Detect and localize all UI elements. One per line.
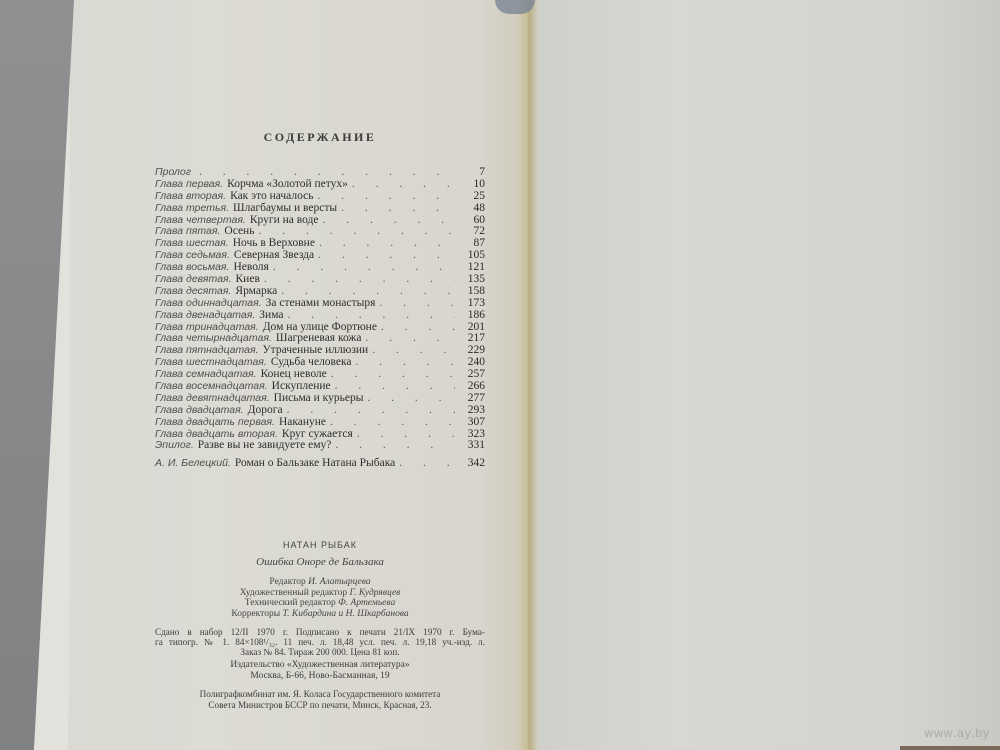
credit-name: Т. Кибардина и Н. Шкарбанова (282, 609, 408, 619)
credit-line: Художественный редактор Г. Кудрявцев (155, 588, 485, 599)
toc-entry-prefix: А. И. Белецкий. (155, 458, 231, 470)
credit-name: И. Алатырцева (308, 577, 370, 587)
toc-entry: Глава двадцатая.Дорога. . . . . . . . . … (155, 405, 485, 417)
toc-leader-dots: . . . . . . . . . . . . . . . . . . . . … (365, 333, 455, 345)
print-line: Сдано в набор 12/II 1970 г. Подписано к … (155, 627, 485, 637)
toc-entry: Глава десятая.Ярмарка. . . . . . . . . .… (155, 286, 485, 298)
imprint-author: НАТАН РЫБАК (155, 540, 485, 550)
imprint-printing-plant: Полиграфкомбинат им. Я. Коласа Государст… (155, 689, 485, 710)
toc-leader-dots: . . . . . . . . . . . . . . . . . . . . … (341, 203, 455, 215)
plant-line: Полиграфкомбинат им. Я. Коласа Государст… (155, 689, 485, 700)
credit-role: Художественный редактор (240, 588, 347, 598)
toc-entry-title: Разве вы не завидуете ему? (198, 440, 332, 452)
print-line: га типогр. № 1. 84×108¹/₃₂. 11 печ. л. 1… (155, 637, 485, 647)
toc-leader-dots: . . . . . . . . . . . . . . . . . . . . … (372, 345, 455, 357)
toc-leader-dots: . . . . . . . . . . . . . . . . . . . . … (399, 458, 455, 470)
credit-name: Г. Кудрявцев (349, 588, 400, 598)
imprint-credits: Редактор И. АлатырцеваХудожественный ред… (155, 577, 485, 619)
bottom-edge (900, 746, 1000, 750)
toc-leader-dots: . . . . . . . . . . . . . . . . . . . . … (318, 191, 456, 203)
credit-line: Технический редактор Ф. Артемьева (155, 598, 485, 609)
toc-leader-dots: . . . . . . . . . . . . . . . . . . . . … (381, 322, 455, 334)
toc-entry-prefix: Глава двенадцатая. (155, 310, 255, 322)
toc-entry-page: 186 (459, 310, 485, 322)
toc-leader-dots: . . . . . . . . . . . . . . . . . . . . … (356, 357, 455, 369)
toc-leader-dots: . . . . . . . . . . . . . . . . . . . . … (357, 429, 455, 441)
toc-entry-title: Шлагбаумы и версты (233, 203, 337, 215)
toc-entry: Глава одиннадцатая.За стенами монастыря.… (155, 298, 485, 310)
toc-entry: А. И. Белецкий.Роман о Бальзаке Натана Р… (155, 458, 485, 470)
toc-leader-dots: . . . . . . . . . . . . . . . . . . . . … (322, 215, 455, 227)
toc-entry: Глава третья.Шлагбаумы и версты. . . . .… (155, 203, 485, 215)
toc-leader-dots: . . . . . . . . . . . . . . . . . . . . … (288, 310, 455, 322)
credit-line: Редактор И. Алатырцева (155, 577, 485, 588)
right-page-blank (538, 0, 1000, 750)
toc-entry-page: 48 (459, 203, 485, 215)
toc-entry-title: Как это началось (230, 191, 313, 203)
toc-entry-page: 10 (459, 179, 485, 191)
toc-entry-prefix: Глава первая. (155, 179, 223, 191)
toc-leader-dots: . . . . . . . . . . . . . . . . . . . . … (331, 369, 455, 381)
toc-entry-page: 342 (459, 458, 485, 470)
toc-entry: Глава двадцать первая.Накануне. . . . . … (155, 417, 485, 429)
toc-entry-title: Накануне (279, 417, 326, 429)
watermark: www.ay.by (925, 726, 990, 740)
imprint-book-title: Ошибка Оноре де Бальзака (155, 556, 485, 568)
toc-leader-dots: . . . . . . . . . . . . . . . . . . . . … (330, 417, 455, 429)
publisher-address: Москва, Б-66, Ново-Басманная, 19 (155, 671, 485, 682)
plant-line: Совета Министров БССР по печати, Минск, … (155, 700, 485, 711)
print-line: Заказ № 84. Тираж 200 000. Цена 81 коп. (155, 647, 485, 657)
toc-entry: Эпилог.Разве вы не завидуете ему?. . . .… (155, 440, 485, 452)
toc-entry-title: Круги на воде (250, 215, 319, 227)
toc-entry-prefix: Глава третья. (155, 203, 229, 215)
toc-entry-page: 307 (459, 417, 485, 429)
book-gutter (518, 0, 538, 750)
credit-role: Редактор (269, 577, 305, 587)
toc-entry-title: Дорога (248, 405, 283, 417)
imprint: НАТАН РЫБАК Ошибка Оноре де Бальзака Ред… (155, 540, 485, 710)
toc-leader-dots: . . . . . . . . . . . . . . . . . . . . … (287, 405, 455, 417)
toc-entry-prefix: Глава двадцать первая. (155, 417, 275, 429)
toc-entry-page: 293 (459, 405, 485, 417)
imprint-publisher: Издательство «Художественная литература»… (155, 660, 485, 681)
toc-entry-title: Роман о Бальзаке Натана Рыбака (235, 458, 395, 470)
toc-leader-dots: . . . . . . . . . . . . . . . . . . . . … (352, 179, 455, 191)
toc-entry-prefix: Глава одиннадцатая. (155, 298, 262, 310)
toc-entry-title: Письма и курьеры (274, 393, 364, 405)
toc-entry: Глава первая.Корчма «Золотой петух». . .… (155, 179, 485, 191)
toc-leader-dots: . . . . . . . . . . . . . . . . . . . . … (264, 274, 455, 286)
toc-entry: Глава двенадцатая.Зима. . . . . . . . . … (155, 310, 485, 322)
toc-entry-prefix: Глава вторая. (155, 191, 226, 203)
toc-entry-page: 25 (459, 191, 485, 203)
publisher-name: Издательство «Художественная литература» (155, 660, 485, 671)
toc-entry-title: За стенами монастыря (266, 298, 376, 310)
toc-leader-dots: . . . . . . . . . . . . . . . . . . . . … (273, 262, 455, 274)
toc-entry-page: 331 (459, 440, 485, 452)
toc-leader-dots: . . . . . . . . . . . . . . . . . . . . … (367, 393, 455, 405)
toc-entry-page: 173 (459, 298, 485, 310)
credit-role: Корректоры (231, 609, 280, 619)
toc-entry-title: Корчма «Золотой петух» (227, 179, 348, 191)
credit-line: Корректоры Т. Кибардина и Н. Шкарбанова (155, 609, 485, 620)
credit-role: Технический редактор (245, 598, 336, 608)
toc-leader-dots: . . . . . . . . . . . . . . . . . . . . … (335, 440, 455, 452)
toc-entry-prefix: Глава двадцатая. (155, 405, 244, 417)
table-of-contents: Пролог. . . . . . . . . . . . . . . . . … (155, 167, 485, 470)
toc-leader-dots: . . . . . . . . . . . . . . . . . . . . … (318, 250, 455, 262)
credit-name: Ф. Артемьева (338, 598, 395, 608)
imprint-print-details: Сдано в набор 12/II 1970 г. Подписано к … (155, 627, 485, 657)
toc-leader-dots: . . . . . . . . . . . . . . . . . . . . … (379, 298, 455, 310)
toc-entry-title: Зима (259, 310, 283, 322)
toc-title: СОДЕРЖАНИЕ (155, 130, 485, 145)
toc-entry-prefix: Эпилог. (155, 440, 194, 452)
toc-leader-dots: . . . . . . . . . . . . . . . . . . . . … (319, 238, 455, 250)
toc-entry: Глава вторая.Как это началось. . . . . .… (155, 191, 485, 203)
